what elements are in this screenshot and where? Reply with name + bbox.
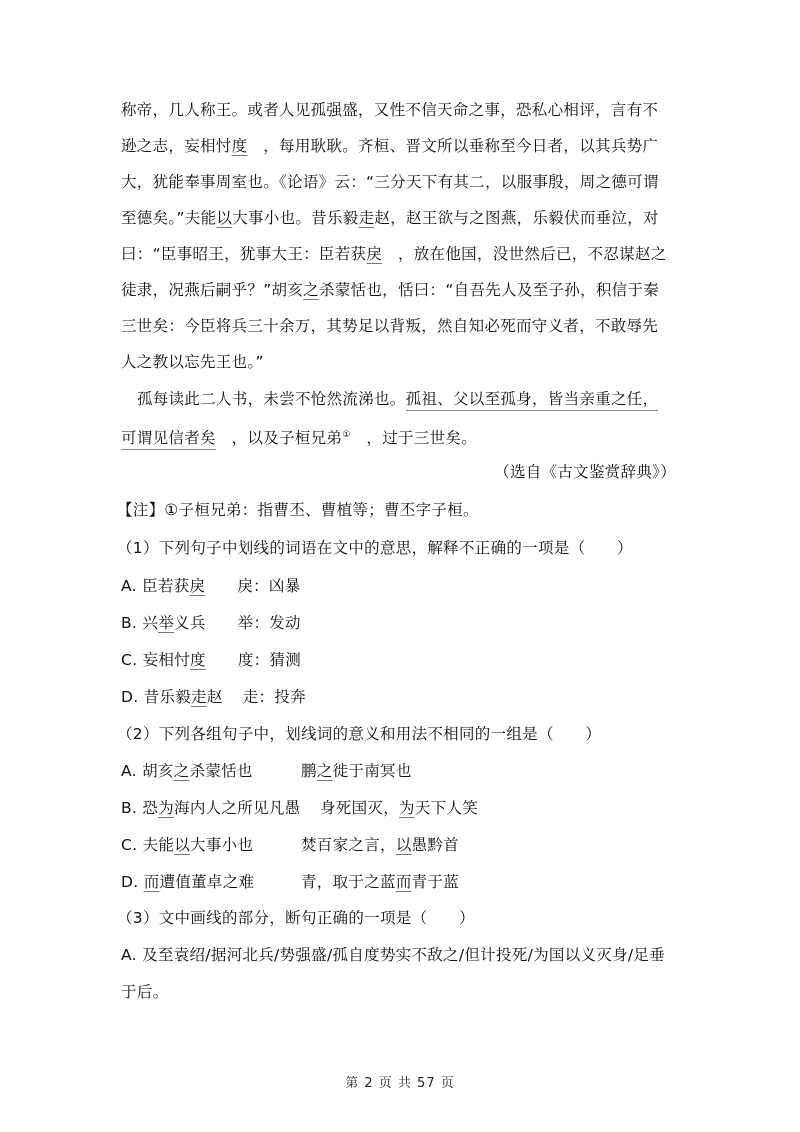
option-text: 胡亥	[142, 762, 174, 780]
question-2-stem: （2）下列各组句子中，划线词的意义和用法不相同的一组是（ ）	[117, 724, 601, 744]
marked-sentence: 孤祖、父以至孤身，皆当亲重之任，	[406, 390, 659, 411]
question-1-stem: （1）下列句子中划线的词语在文中的意思，解释不正确的一项是（ ）	[117, 538, 633, 558]
option-text: 青，取于之蓝	[301, 873, 396, 891]
question-text: （1）下列句子中划线的词语在文中的意思，解释不正确的一项是（ ）	[117, 539, 633, 557]
underlined-word: 度	[190, 651, 206, 669]
option-second-sentence: 焚百家之言，以愚黔首	[301, 835, 459, 855]
option-label: C.	[121, 836, 137, 854]
underlined-word: 以	[396, 836, 412, 854]
question-2-option-a[interactable]: A. 胡亥之杀蒙恬也 鹏之徙于南冥也	[121, 761, 253, 781]
option-text: 昔乐毅	[144, 688, 191, 706]
passage-text: 至德矣。”夫能以大事小也。昔乐毅走赵，赵王欲与之图燕，乐毅伏而垂泣，对	[121, 209, 659, 227]
page-number: 第 2 页 共 57 页	[0, 1072, 800, 1091]
question-1-option-a[interactable]: A. 臣若获戾戾：凶暴	[121, 576, 301, 596]
option-gloss: 度：猜测	[238, 651, 301, 669]
document-page: 称帝，几人称王。或者人见孤强盛，又性不信天命之事，恐私心相评，言有不 逊之志，妄…	[0, 0, 800, 1132]
passage-line: 曰：“臣事昭王，犹事大王：臣若获戾 ，放在他国，没世然后已，不忍谋赵之	[121, 244, 667, 264]
question-text: （3）文中画线的部分，断句正确的一项是（ ）	[117, 909, 475, 927]
question-2-option-b[interactable]: B. 恐为海内人之所见凡愚 身死国灭，为天下人笑	[121, 798, 300, 818]
footnote-text: 【注】①子桓兄弟：指曹丕、曹植等；曹丕字子桓。	[117, 501, 479, 519]
underlined-word: 走	[191, 688, 207, 706]
question-3-stem: （3）文中画线的部分，断句正确的一项是（ ）	[117, 908, 475, 928]
underlined-word: 举	[158, 614, 174, 632]
option-text: 及至袁绍/据河北兵/势强盛/孤自度势实不敌之/但计投死/为国以义灭身/足垂	[142, 946, 665, 964]
passage-text: 徒隶，况燕后嗣乎？”胡亥之杀蒙恬也，恬曰：“自吾先人及至子孙，积信于秦	[121, 281, 659, 299]
option-text: 杀蒙恬也	[190, 762, 253, 780]
option-label: B.	[121, 799, 137, 817]
question-3-option-a-cont: 于后。	[121, 982, 168, 1002]
passage-text: 逊之志，妄相忖度 ，每用耿耿。齐桓、晋文所以垂称至今日者，以其兵势广	[121, 137, 658, 155]
underlined-word: 而	[396, 873, 412, 891]
passage-text: 三世矣：今臣将兵三十余万，其势足以背叛，然自知必死而守义者，不敢辱先	[121, 317, 658, 335]
question-2-option-d[interactable]: D. 而遭值董卓之难 青，取于之蓝而青于蓝	[121, 872, 254, 892]
passage-text: 称帝，几人称王。或者人见孤强盛，又性不信天命之事，恐私心相评，言有不	[121, 101, 658, 119]
option-text: 义兵	[174, 614, 206, 632]
question-3-option-a[interactable]: A. 及至袁绍/据河北兵/势强盛/孤自度势实不敌之/但计投死/为国以义灭身/足垂	[121, 945, 665, 965]
option-text: 愚黔首	[412, 836, 459, 854]
passage-line: 大，犹能奉事周室也。《论语》云：“三分天下有其二，以服事殷，周之德可谓	[121, 172, 659, 192]
option-label: B.	[121, 614, 137, 632]
source-text: （选自《古文鉴赏辞典》）	[494, 463, 676, 481]
passage-line: 徒隶，况燕后嗣乎？”胡亥之杀蒙恬也，恬曰：“自吾先人及至子孙，积信于秦	[121, 280, 659, 300]
passage-line: 三世矣：今臣将兵三十余万，其势足以背叛，然自知必死而守义者，不敢辱先	[121, 316, 658, 336]
passage-line: 孤每读此二人书，未尝不怆然流涕也。孤祖、父以至孤身，皆当亲重之任，	[137, 389, 658, 409]
option-text: 恐	[142, 799, 158, 817]
option-text: 夫能	[143, 836, 175, 854]
passage-line: 称帝，几人称王。或者人见孤强盛，又性不信天命之事，恐私心相评，言有不	[121, 100, 658, 120]
underlined-word: 之	[317, 762, 333, 780]
underlined-word: 为	[158, 799, 174, 817]
underlined-word: 为	[399, 799, 415, 817]
question-1-option-c[interactable]: C. 妄相忖度度：猜测	[121, 650, 301, 670]
passage-text: ，过于三世矣。	[351, 429, 477, 447]
passage-text: 曰：“臣事昭王，犹事大王：臣若获戾 ，放在他国，没世然后已，不忍谋赵之	[121, 245, 667, 263]
option-text: 臣若获	[142, 577, 189, 595]
source-citation: （选自《古文鉴赏辞典》）	[494, 462, 676, 482]
passage-line: 人之教以忘先王也。”	[121, 352, 264, 372]
question-2-option-c[interactable]: C. 夫能以大事小也 焚百家之言，以愚黔首	[121, 835, 253, 855]
passage-text: 孤每读此二人书，未尝不怆然流涕也。	[137, 390, 406, 408]
option-text: 徙于南冥也	[333, 762, 412, 780]
passage-line: 至德矣。”夫能以大事小也。昔乐毅走赵，赵王欲与之图燕，乐毅伏而垂泣，对	[121, 208, 659, 228]
option-second-sentence: 身死国灭，为天下人笑	[320, 798, 478, 818]
option-text: 鹏	[301, 762, 317, 780]
option-text: 青于蓝	[412, 873, 459, 891]
option-text: 赵	[207, 688, 223, 706]
option-second-sentence: 鹏之徙于南冥也	[301, 761, 412, 781]
option-text: 海内人之所见凡愚	[174, 799, 300, 817]
option-text: 遭值董卓之难	[160, 873, 255, 891]
underlined-word: 而	[144, 873, 160, 891]
footnote: 【注】①子桓兄弟：指曹丕、曹植等；曹丕字子桓。	[117, 500, 479, 520]
passage-text: ，以及子桓兄弟	[216, 429, 342, 447]
option-text: 天下人笑	[415, 799, 478, 817]
underlined-word: 之	[174, 762, 190, 780]
underlined-word: 戾	[190, 577, 206, 595]
passage-text: 大，犹能奉事周室也。《论语》云：“三分天下有其二，以服事殷，周之德可谓	[121, 173, 659, 191]
option-text: 大事小也	[190, 836, 253, 854]
option-label: D.	[121, 873, 138, 891]
option-text: 焚百家之言，	[301, 836, 396, 854]
passage-text: 人之教以忘先王也。”	[121, 353, 264, 371]
option-label: A.	[121, 762, 137, 780]
marked-sentence: 可谓见信者矣	[121, 429, 216, 450]
question-text: （2）下列各组句子中，划线词的意义和用法不相同的一组是（ ）	[117, 725, 601, 743]
option-text: 于后。	[121, 983, 168, 1001]
option-label: D.	[121, 688, 138, 706]
option-text: 妄相忖	[143, 651, 190, 669]
passage-line: 逊之志，妄相忖度 ，每用耿耿。齐桓、晋文所以垂称至今日者，以其兵势广	[121, 136, 658, 156]
option-label: A.	[121, 946, 137, 964]
question-1-option-b[interactable]: B. 兴举义兵举：发动	[121, 613, 301, 633]
option-label: C.	[121, 651, 137, 669]
option-second-sentence: 青，取于之蓝而青于蓝	[301, 872, 459, 892]
option-text: 身死国灭，	[320, 799, 399, 817]
option-gloss: 走：投奔	[243, 688, 306, 706]
option-text: 兴	[142, 614, 158, 632]
question-1-option-d[interactable]: D. 昔乐毅走赵走：投奔	[121, 687, 306, 707]
option-label: A.	[121, 577, 137, 595]
footnote-marker: ①	[342, 430, 350, 440]
option-gloss: 戾：凶暴	[237, 577, 300, 595]
underlined-word: 以	[174, 836, 190, 854]
passage-line: 可谓见信者矣 ，以及子桓兄弟① ，过于三世矣。	[121, 425, 477, 448]
option-gloss: 举：发动	[238, 614, 301, 632]
